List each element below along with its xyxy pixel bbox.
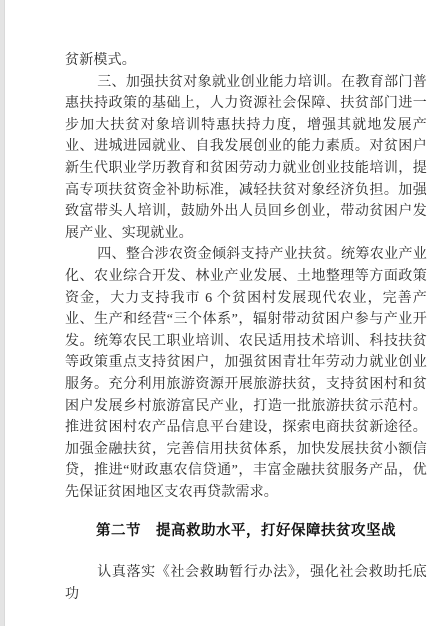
document-page: 贫新模式。 三、加强扶贫对象就业创业能力培训。在教育部门普惠扶持政策的基础上，人… bbox=[0, 0, 444, 626]
page-content: 贫新模式。 三、加强扶贫对象就业创业能力培训。在教育部门普惠扶持政策的基础上，人… bbox=[65, 50, 427, 606]
paragraph-item-four: 四、整合涉农资金倾斜支持产业扶贫。统筹农业产业化、农业综合开发、林业产业发展、土… bbox=[65, 244, 427, 503]
paragraph-continuation: 贫新模式。 bbox=[65, 50, 427, 72]
page-number: - 11 - bbox=[0, 566, 444, 576]
paragraph-item-three: 三、加强扶贫对象就业创业能力培训。在教育部门普惠扶持政策的基础上，人力资源社会保… bbox=[65, 72, 427, 245]
page-left-edge bbox=[0, 0, 5, 626]
section-heading: 第二节 提高救助水平，打好保障扶贫攻坚战 bbox=[65, 520, 427, 542]
